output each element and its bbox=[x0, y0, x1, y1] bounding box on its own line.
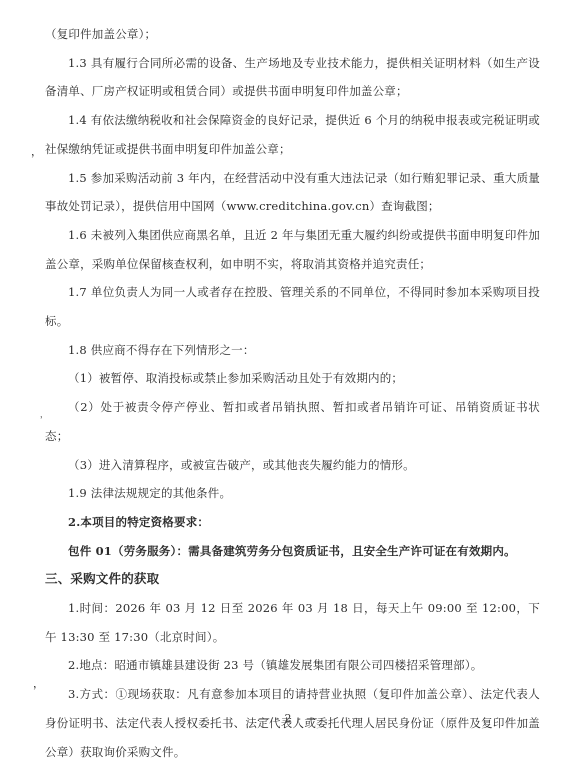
paragraph: （1）被暂停、取消投标或禁止参加采购活动且处于有效期内的； bbox=[45, 364, 540, 393]
scan-artifact: ， bbox=[40, 411, 48, 419]
scan-artifact: ， bbox=[31, 146, 42, 157]
paragraph: 2.地点：昭通市镇雄县建设街 23 号（镇雄发展集团有限公司四楼招采管理部）。 bbox=[45, 651, 540, 680]
document-body: （复印件加盖公章）；1.3 具有履行合同所必需的设备、生产场地及专业技术能力，提… bbox=[45, 20, 540, 766]
scan-artifact: ， bbox=[33, 678, 44, 689]
document-page: （复印件加盖公章）；1.3 具有履行合同所必需的设备、生产场地及专业技术能力，提… bbox=[0, 0, 577, 772]
paragraph: 1.9 法律法规规定的其他条件。 bbox=[45, 479, 540, 508]
paragraph: （复印件加盖公章）； bbox=[45, 20, 540, 49]
paragraph: 1.4 有依法缴纳税收和社会保障资金的良好记录，提供近 6 个月的纳税申报表或完… bbox=[45, 106, 540, 163]
paragraph: 1.时间：2026 年 03 月 12 日至 2026 年 03 月 18 日，… bbox=[45, 594, 540, 651]
paragraph: 1.7 单位负责人为同一人或者存在控股、管理关系的不同单位，不得同时参加本采购项… bbox=[45, 278, 540, 335]
paragraph: 包件 01（劳务服务）：需具备建筑劳务分包资质证书，且安全生产许可证在有效期内。 bbox=[45, 537, 540, 566]
paragraph: 2.本项目的特定资格要求： bbox=[45, 508, 540, 537]
paragraph: 1.5 参加采购活动前 3 年内，在经营活动中没有重大违法记录（如行贿犯罪记录、… bbox=[45, 164, 540, 221]
paragraph: （2）处于被责令停产停业、暂扣或者吊销执照、暂扣或者吊销许可证、吊销资质证书状态… bbox=[45, 393, 540, 450]
paragraph: 1.3 具有履行合同所必需的设备、生产场地及专业技术能力，提供相关证明材料（如生… bbox=[45, 49, 540, 106]
section-heading: 三、采购文件的获取 bbox=[45, 565, 540, 594]
paragraph: 1.8 供应商不得存在下列情形之一： bbox=[45, 336, 540, 365]
page-number: — - 2 - — bbox=[0, 712, 577, 725]
paragraph: 1.6 未被列入集团供应商黑名单，且近 2 年与集团无重大履约纠纷或提供书面申明… bbox=[45, 221, 540, 278]
paragraph: （3）进入清算程序，或被宣告破产，或其他丧失履约能力的情形。 bbox=[45, 451, 540, 480]
